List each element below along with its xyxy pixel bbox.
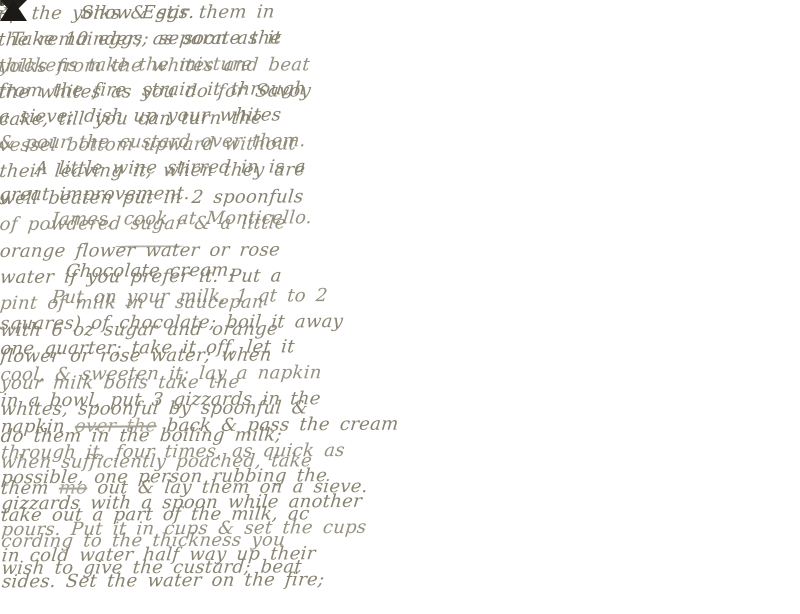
recipe-title: Chocolate cream.	[0, 257, 399, 286]
manuscript-line: from the fire, strain it through	[0, 76, 397, 105]
manuscript-line: pours. Put it in cups & set the cups	[0, 515, 400, 544]
manuscript-line: cool, & sweeten it; lay a napkin	[0, 360, 399, 389]
manuscript-line: possible, one person rubbing the	[0, 463, 400, 492]
attribution-line: James, cook at Monticello.	[0, 205, 398, 234]
page-right: up the yolks & stir them in the remainde…	[0, 0, 400, 595]
manuscript-line: great improvement.	[0, 179, 398, 208]
manuscript-line: gizzards with a spoon while another	[0, 489, 400, 518]
manuscript-line: the remainder; as soon as it	[0, 24, 397, 53]
section-divider-row	[0, 231, 397, 260]
struck-out-word: over the	[74, 415, 158, 437]
line-text: napkin	[0, 416, 66, 437]
manuscript-line: up the yolks & stir them in	[0, 0, 397, 27]
manuscript-line: sides. Set the water on the fire;	[1, 566, 401, 595]
manuscript-line: A little wine stirred in is a	[0, 153, 398, 182]
section-divider	[115, 245, 185, 247]
manuscript-line: Put on your milk, 1 qt to 2	[0, 282, 399, 311]
manuscript-line: in a bowl, put 3 gizzards in the	[0, 386, 400, 415]
manuscript-line: a sieve; dish up your whites	[0, 102, 398, 131]
manuscript-scan: 2. 3 Snow Eggs. Take 10 eggs; separate t…	[0, 0, 800, 614]
manuscript-line: squares) of chocolate; boil it away	[0, 308, 399, 337]
manuscript-line: in cold water half way up their	[1, 540, 401, 569]
line-text: back & pass the cream	[166, 413, 400, 436]
manuscript-line: thickens take the mixture	[0, 50, 397, 79]
manuscript-line: & pour the custard over them.	[0, 128, 398, 157]
manuscript-line: through it, four times, as quick as	[0, 437, 400, 466]
manuscript-line: one quarter; take it off, let it	[0, 334, 399, 363]
manuscript-line-with-strikeout: napkin over the back & pass the cream	[0, 411, 400, 440]
fold-notch-bottom	[0, 0, 27, 21]
